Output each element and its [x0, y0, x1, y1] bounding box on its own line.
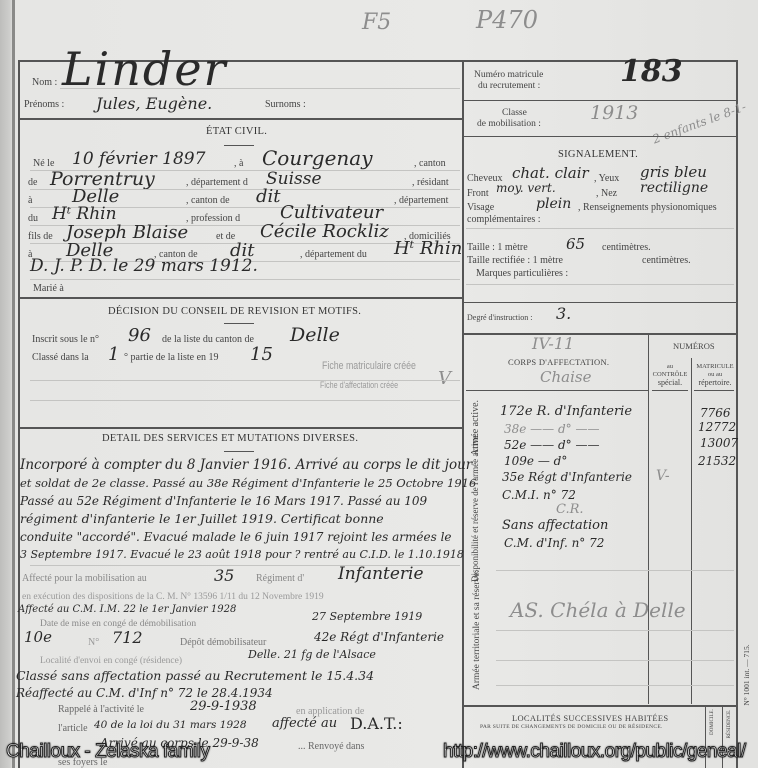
- nom-label: Nom :: [32, 77, 57, 88]
- regiment-label: Régiment d': [256, 573, 304, 584]
- yeux-label: , Yeux: [594, 173, 619, 184]
- territoriale-note: AS. Chéla à Delle: [510, 598, 686, 622]
- du-label: du: [28, 213, 38, 224]
- complementaires-label: complémentaires :: [467, 214, 541, 225]
- corps-row: 172e R. d'Infanterie: [500, 404, 632, 419]
- localites-subtitle: PAR SUITE DE CHANGEMENTS DE DOMICILE OU …: [480, 724, 663, 730]
- services-title: DETAIL DES SERVICES ET MUTATIONS DIVERSE…: [102, 433, 358, 444]
- divider: [20, 118, 462, 120]
- localites-title: LOCALITÉS SUCCESSIVES HABITÉES: [512, 713, 668, 723]
- etat-civil-note: D. J. P. D. le 29 mars 1912.: [30, 256, 258, 276]
- inscrit-number: 96: [128, 325, 151, 346]
- service-line: Incorporé à compter du 8 Janvier 1916. A…: [20, 456, 460, 474]
- renvoye-label: ... Renvoyé dans: [298, 741, 364, 752]
- conge-date: 27 Septembre 1919: [312, 610, 422, 623]
- birth-date: 10 février 1897: [72, 149, 205, 169]
- corps-row: 52e —— d° ——: [504, 438, 600, 452]
- service-line: conduite "accordé". Evacué malade le 6 j…: [20, 528, 460, 546]
- territoriale-label: Armée territoriale et sa réserve.: [472, 590, 482, 690]
- depot-num-label: N°: [88, 637, 99, 648]
- reaffecte-note: Réaffecté au C.M. d'Inf n° 72 le 28.4.19…: [16, 686, 273, 700]
- rappele-date: 29-9-1938: [190, 699, 257, 714]
- matricule-number: 183: [620, 54, 683, 89]
- prenoms-value: Jules, Eugène.: [96, 94, 212, 113]
- article-value: 40 de la loi du 31 mars 1928: [94, 719, 247, 731]
- affecte-note: Affecté au C.M. I.M. 22 le 1er Janvier 1…: [18, 604, 236, 615]
- binder-edge: [12, 0, 15, 768]
- fils-label: fils de: [28, 231, 53, 242]
- classe-value: 1913: [590, 102, 638, 124]
- visage-label: Visage: [467, 202, 494, 213]
- execution-label: en exécution des dispositions de la C. M…: [22, 592, 324, 602]
- departement3-label: , département du: [300, 249, 367, 260]
- profession: Cultivateur: [280, 202, 383, 223]
- liste-canton: Delle: [290, 324, 340, 346]
- matricule-row: 12772: [698, 420, 736, 434]
- divider: [20, 297, 462, 299]
- regiment-value: Infanterie: [338, 564, 424, 584]
- mother-name: Cécile Rockliz: [260, 221, 389, 242]
- canton-label: , canton: [414, 158, 446, 169]
- residence-canton: dit: [256, 186, 281, 207]
- controle-row: V-: [656, 468, 670, 484]
- matricule-row: 21532: [698, 454, 736, 468]
- col-controle-header: auCONTRÔLEspécial.: [650, 363, 690, 387]
- corps-row: 109e — d°: [504, 454, 567, 468]
- yeux-value: gris bleu: [640, 163, 707, 181]
- dat-value: D.A.T.:: [350, 714, 403, 733]
- taille-unit: centimètres.: [602, 242, 651, 253]
- departement-label: , département d: [186, 177, 248, 188]
- taille-rectifiee-unit: centimètres.: [642, 255, 691, 266]
- watermark-url: http://www.chailloux.org/public/geneal/: [443, 741, 746, 763]
- canton2-label: , canton de: [186, 195, 230, 206]
- frame-right: [736, 60, 738, 768]
- numero-label-2: du recrutement :: [478, 81, 540, 91]
- corps-title: CORPS D'AFFECTATION.: [508, 357, 609, 367]
- check-mark: V: [438, 368, 451, 389]
- classe-label-2: de mobilisation :: [477, 119, 541, 129]
- front-label: Front: [467, 188, 489, 199]
- col-domicile: DOMICILE.: [710, 704, 715, 740]
- annotation-p470: P470: [476, 6, 538, 34]
- matricule-row: 7766: [700, 406, 731, 420]
- classe-sans-affectation: Classé sans affectation passé au Recrute…: [16, 668, 374, 683]
- parents-departement: Hᵗ Rhin: [394, 238, 462, 259]
- article-label: l'article: [58, 723, 88, 734]
- services-text: Incorporé à compter du 8 Janvier 1916. A…: [20, 456, 460, 564]
- taille-label: Taille : 1 mètre: [467, 242, 528, 253]
- inscrit-label: Inscrit sous le n°: [32, 334, 99, 345]
- surnoms-label: Surnoms :: [265, 99, 306, 110]
- etat-civil-title: ÉTAT CIVIL.: [206, 126, 267, 137]
- nez-label: , Nez: [596, 188, 617, 199]
- instruction-value: 3.: [556, 304, 571, 323]
- prenoms-label: Prénoms :: [24, 99, 64, 110]
- stamp-fiche-matriculaire: Fiche matriculaire créée: [322, 360, 416, 372]
- liste-annee: 15: [250, 344, 273, 365]
- localite-label: Localité d'envoi en congé (résidence): [40, 656, 182, 666]
- a2-label: à: [28, 195, 32, 206]
- depot-number: 712: [112, 628, 143, 647]
- corps-subnote: Chaise: [540, 368, 591, 386]
- residant-label: , résidant: [412, 177, 449, 188]
- conseil-title: DÉCISION DU CONSEIL DE REVISION ET MOTIF…: [108, 306, 361, 317]
- classe-partie: 1: [108, 344, 119, 365]
- profession-label: , profession d: [186, 213, 240, 224]
- disponibilite-label: Disponibilité et réserve de l'armée acti…: [470, 472, 480, 582]
- annotation-f5: F5: [362, 10, 391, 35]
- numeros-title: NUMÉROS: [673, 341, 715, 351]
- rappele-label: Rappelé à l'activité le: [58, 704, 144, 715]
- service-line: Passé au 52e Régiment d'Infanterie le 16…: [20, 492, 460, 510]
- corps-note: IV-11: [532, 334, 574, 353]
- depot-value: 42e Régt d'Infanterie: [314, 630, 444, 644]
- watermark-family: Chailloux - Zelaska family: [6, 741, 209, 763]
- marques-label: Marques particulières :: [476, 268, 568, 279]
- localite-value: Delle. 21 fg de l'Alsace: [248, 648, 376, 661]
- affecte-dat-label: affecté au: [272, 716, 337, 731]
- stamp-fiche-affectation: Fiche d'affectation créée: [320, 380, 398, 390]
- liste-label: de la liste du canton de: [162, 334, 254, 345]
- service-line: régiment d'infanterie le 1er Juillet 191…: [20, 510, 460, 528]
- depot-prefix: 10e: [24, 628, 52, 646]
- form-number: N° 1001 int. — 715.: [742, 630, 751, 720]
- service-line: et soldat de 2e classe. Passé au 38e Rég…: [20, 474, 460, 492]
- taille-rectifiee-label: Taille rectifiée : 1 mètre: [467, 255, 563, 266]
- affecte-number: 35: [214, 566, 234, 585]
- corps-row: C.R.: [556, 502, 584, 517]
- col-matricule-header: MATRICULEou aurépertoire.: [693, 363, 737, 387]
- service-line: 3 Septembre 1917. Evacué le 23 août 1918…: [20, 546, 460, 564]
- signalement-title: SIGNALEMENT.: [558, 149, 638, 160]
- instruction-label: Degré d'instruction :: [467, 313, 532, 322]
- divider: [20, 427, 462, 429]
- front-value: moy. vert.: [496, 181, 556, 195]
- partie-label: ° partie de la liste en 19: [124, 352, 219, 363]
- residence-departement: Hᵗ Rhin: [52, 204, 117, 224]
- affecte-label: Affecté pour la mobilisation au: [22, 573, 147, 584]
- renseignements-label: , Renseignements physionomiques: [578, 202, 717, 213]
- numero-label: Numéro matricule: [474, 70, 543, 80]
- de-label: de: [28, 177, 37, 188]
- corps-row: C.M.I. n° 72: [502, 488, 576, 502]
- taille-value: 65: [566, 235, 585, 253]
- marie-label: Marié à: [33, 283, 64, 294]
- depot-label: Dépôt démobilisateur: [180, 637, 266, 648]
- nez-value: rectiligne: [640, 180, 708, 196]
- corps-row: 35e Régt d'Infanterie: [502, 470, 632, 484]
- classe-label: Classe: [502, 108, 527, 118]
- corps-row: Sans affectation: [502, 518, 608, 533]
- corps-row: 38e —— d° ——: [504, 422, 600, 436]
- frame-left: [18, 60, 20, 768]
- col-residence: RÉSIDENCE.: [727, 704, 732, 744]
- cheveux-value: chat. clair: [512, 164, 589, 182]
- frame-middle: [462, 60, 464, 768]
- corps-row: C.M. d'Inf. n° 72: [504, 536, 604, 550]
- birth-place: Courgenay: [262, 146, 373, 170]
- departement2-label: , département: [394, 195, 448, 206]
- a-label: , à: [234, 158, 243, 169]
- visage-value: plein: [536, 196, 571, 212]
- classe-dans-label: Classé dans la: [32, 352, 89, 363]
- matricule-row: 13007: [700, 436, 738, 450]
